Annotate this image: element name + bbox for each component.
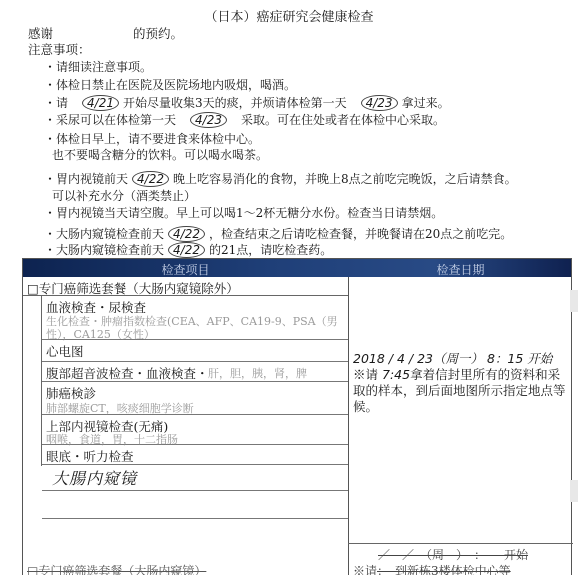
note-item: ・请4/21开始尽量收集3天的痰，并烦请体检第一天4/23拿过来。 — [44, 94, 450, 111]
thanks-prefix: 感谢 — [28, 26, 53, 41]
note-item: ・大肠内窥镜检查前天4/22，检查结束之后请吃检查餐，并晚餐请在20点之前吃完。 — [44, 225, 512, 242]
table-row: 大腸内窥镜 — [42, 465, 348, 491]
notes-heading: 注意事项： — [28, 40, 91, 58]
thanks-suffix: 的预约。 — [133, 26, 183, 41]
note-item: ・体检日禁止在医院及医院场地内吸烟，喝酒。 — [44, 76, 296, 93]
table-row: 上部内视镜检查(无痛) 咽喉，食道，胃，十二指肠 — [42, 415, 348, 445]
page-edge-mark — [570, 480, 578, 502]
arrival-note: ※请 7:45拿着信封里所有的资料和采取的样本，到后面地图所示指定地点等候。 — [353, 367, 569, 415]
note-item: ・胃内视镜前天4/22晚上吃容易消化的食物，并晚上8点之前吃完晚饭，之后请禁食。 — [44, 170, 517, 187]
exam-table: 检查项目 检查日期 □专门癌筛选套餐（大肠内窥镜除外） 血液検査・尿検査 生化检… — [22, 258, 572, 575]
package-2-checkbox[interactable]: □专门癌筛选套餐（大肠内窥镜） — [27, 562, 206, 575]
handwritten-date: 4/22 — [168, 242, 205, 258]
handwritten-date: 4/22 — [168, 226, 205, 242]
note-item: ・请细读注意事项。 — [44, 58, 152, 75]
package-2-date: ／ ／ （周 ） ： 开始 — [378, 546, 528, 563]
table-row — [42, 491, 348, 519]
table-row: 腹部超音波检查・血液検査・ 肝，胆，胰，肾，脾 — [42, 362, 348, 382]
header-exam-items: 检查项目 — [23, 261, 348, 278]
exam-datetime: 2018 / 4 / 23（周一） 8：15 开始 — [353, 351, 569, 367]
package-2-note: ※请： 到新栋3楼体检中心等 — [353, 562, 511, 575]
note-item: ・胃内视镜当天请空腹。早上可以喝1～2杯无糖分水份。检查当日请禁烟。 — [44, 204, 443, 221]
handwritten-date: 4/23 — [190, 112, 227, 128]
note-item: ・大肠内窥镜检查前天4/22的21点，请吃检查药。 — [44, 241, 332, 258]
table-row: 肺癌検診 肺部螺旋CT，咳痰细胞学诊断 — [42, 382, 348, 415]
note-item: 可以补充水分（酒类禁止） — [52, 187, 196, 204]
column-divider — [348, 277, 349, 575]
page-edge-mark — [570, 290, 578, 312]
note-item: 也不要喝含糖分的饮料。可以喝水喝茶。 — [52, 146, 268, 163]
handwritten-date: 4/21 — [82, 95, 119, 111]
note-item: ・采尿可以在体检第一天4/23采取。可在住处或者在体检中心采取。 — [44, 111, 445, 128]
divider — [348, 543, 573, 544]
handwritten-exam: 大腸内窥镜 — [52, 466, 137, 489]
table-header: 检查项目 检查日期 — [23, 259, 571, 277]
table-row: 血液検査・尿検査 生化检查・肿瘤指数检查(CEA、AFP、CA19-9、PSA（… — [42, 296, 348, 340]
table-row: 眼底・听力检查 — [42, 445, 348, 465]
handwritten-date: 4/22 — [132, 171, 169, 187]
handwritten-date: 4/23 — [361, 95, 398, 111]
header-exam-date: 检查日期 — [348, 261, 573, 278]
note-item: ・体检日早上，请不要进食来体检中心。 — [44, 130, 260, 147]
table-row: 心电图 — [42, 340, 348, 362]
document-title: （日本）癌症研究会健康检查 — [0, 6, 578, 25]
exam-schedule: 2018 / 4 / 23（周一） 8：15 开始 ※请 7:45拿着信封里所有… — [353, 351, 569, 415]
